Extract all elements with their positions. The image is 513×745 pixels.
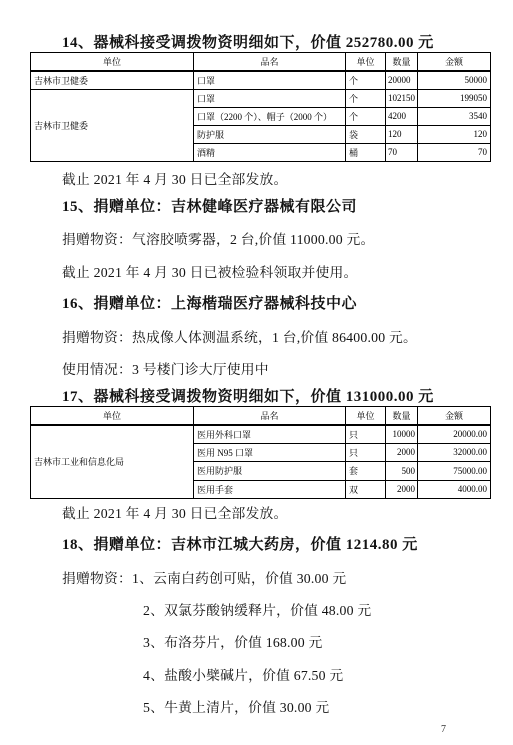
cell-qty: 2000 xyxy=(386,480,418,499)
heading-item-18: 18、捐赠单位：吉林市江城大药房，价值 1214.80 元 xyxy=(62,537,490,554)
col-header-unit: 单位 xyxy=(346,53,386,72)
para-15-status: 截止 2021 年 4 月 30 日已被检验科领取并使用。 xyxy=(62,264,490,281)
para-14-distributed: 截止 2021 年 4 月 30 日已全部发放。 xyxy=(62,171,490,188)
para-18-goods-5: 5、牛黄上清片，价值 30.00 元 xyxy=(143,699,490,716)
cell-unit: 桶 xyxy=(346,143,386,161)
cell-item-name: 防护服 xyxy=(194,125,346,143)
table-row: 吉林市工业和信息化局 医用外科口罩 只 10000 20000.00 xyxy=(31,425,491,444)
para-16-goods: 捐赠物资：热成像人体测温系统，1 台,价值 86400.00 元。 xyxy=(62,329,490,346)
cell-amount: 199050 xyxy=(418,89,491,107)
heading-item-14: 14、器械科接受调拨物资明细如下，价值 252780.00 元 xyxy=(62,35,490,52)
cell-amount: 20000.00 xyxy=(418,425,491,444)
cell-item-name: 医用手套 xyxy=(194,480,346,499)
cell-org: 吉林市卫健委 xyxy=(31,89,194,161)
col-header-org: 单位 xyxy=(31,406,194,425)
cell-qty: 10000 xyxy=(386,425,418,444)
cell-qty: 70 xyxy=(386,143,418,161)
heading-item-16: 16、捐赠单位：上海楷瑞医疗器械科技中心 xyxy=(62,296,490,313)
col-header-amount: 金额 xyxy=(418,53,491,72)
para-17-distributed: 截止 2021 年 4 月 30 日已全部发放。 xyxy=(62,505,490,522)
cell-item-name: 医用外科口罩 xyxy=(194,425,346,444)
cell-unit: 个 xyxy=(346,107,386,125)
cell-amount: 75000.00 xyxy=(418,462,491,481)
table-row: 吉林市卫健委 口罩 个 102150 199050 xyxy=(31,89,491,107)
cell-amount: 3540 xyxy=(418,107,491,125)
cell-item-name: 医用防护服 xyxy=(194,462,346,481)
col-header-qty: 数量 xyxy=(386,53,418,72)
table-row: 吉林市卫健委 口罩 个 20000 50000 xyxy=(31,71,491,89)
cell-org: 吉林市工业和信息化局 xyxy=(31,425,194,499)
col-header-qty: 数量 xyxy=(386,406,418,425)
col-header-unit: 单位 xyxy=(346,406,386,425)
allocation-table-14: 单位 品名 单位 数量 金额 吉林市卫健委 口罩 个 20000 50000 吉… xyxy=(30,52,491,162)
cell-qty: 120 xyxy=(386,125,418,143)
table-header-row: 单位 品名 单位 数量 金额 xyxy=(31,406,491,425)
cell-unit: 只 xyxy=(346,425,386,444)
col-header-item: 品名 xyxy=(194,406,346,425)
para-16-usage: 使用情况：3 号楼门诊大厅使用中 xyxy=(62,361,490,378)
cell-amount: 32000.00 xyxy=(418,443,491,462)
cell-amount: 50000 xyxy=(418,71,491,89)
cell-item-name: 酒精 xyxy=(194,143,346,161)
para-18-goods-1: 捐赠物资：1、云南白药创可贴，价值 30.00 元 xyxy=(62,570,490,587)
cell-unit: 套 xyxy=(346,462,386,481)
cell-unit: 袋 xyxy=(346,125,386,143)
cell-item-name: 口罩 xyxy=(194,71,346,89)
cell-qty: 102150 xyxy=(386,89,418,107)
cell-qty: 500 xyxy=(386,462,418,481)
page-number: 7 xyxy=(441,724,446,735)
cell-item-name: 口罩 xyxy=(194,89,346,107)
cell-qty: 2000 xyxy=(386,443,418,462)
cell-org: 吉林市卫健委 xyxy=(31,71,194,89)
allocation-table-17: 单位 品名 单位 数量 金额 吉林市工业和信息化局 医用外科口罩 只 10000… xyxy=(30,406,491,500)
heading-item-17: 17、器械科接受调拨物资明细如下，价值 131000.00 元 xyxy=(62,389,490,406)
document-page: 14、器械科接受调拨物资明细如下，价值 252780.00 元 单位 品名 单位… xyxy=(0,0,513,745)
cell-amount: 70 xyxy=(418,143,491,161)
para-18-goods-4: 4、盐酸小檗碱片，价值 67.50 元 xyxy=(143,667,490,684)
para-18-goods-2: 2、双氯芬酸钠缓释片，价值 48.00 元 xyxy=(143,602,490,619)
cell-unit: 个 xyxy=(346,89,386,107)
heading-item-15: 15、捐赠单位：吉林健峰医疗器械有限公司 xyxy=(62,199,490,216)
table-header-row: 单位 品名 单位 数量 金额 xyxy=(31,53,491,72)
cell-amount: 4000.00 xyxy=(418,480,491,499)
para-15-goods: 捐赠物资：气溶胶喷雾器，2 台,价值 11000.00 元。 xyxy=(62,231,490,248)
cell-item-name: 口罩（2200 个）、帽子（2000 个） xyxy=(194,107,346,125)
cell-unit: 只 xyxy=(346,443,386,462)
cell-qty: 20000 xyxy=(386,71,418,89)
cell-amount: 120 xyxy=(418,125,491,143)
col-header-org: 单位 xyxy=(31,53,194,72)
cell-qty: 4200 xyxy=(386,107,418,125)
col-header-item: 品名 xyxy=(194,53,346,72)
para-18-goods-3: 3、布洛芬片，价值 168.00 元 xyxy=(143,634,490,651)
col-header-amount: 金额 xyxy=(418,406,491,425)
cell-unit: 双 xyxy=(346,480,386,499)
cell-item-name: 医用 N95 口罩 xyxy=(194,443,346,462)
cell-unit: 个 xyxy=(346,71,386,89)
